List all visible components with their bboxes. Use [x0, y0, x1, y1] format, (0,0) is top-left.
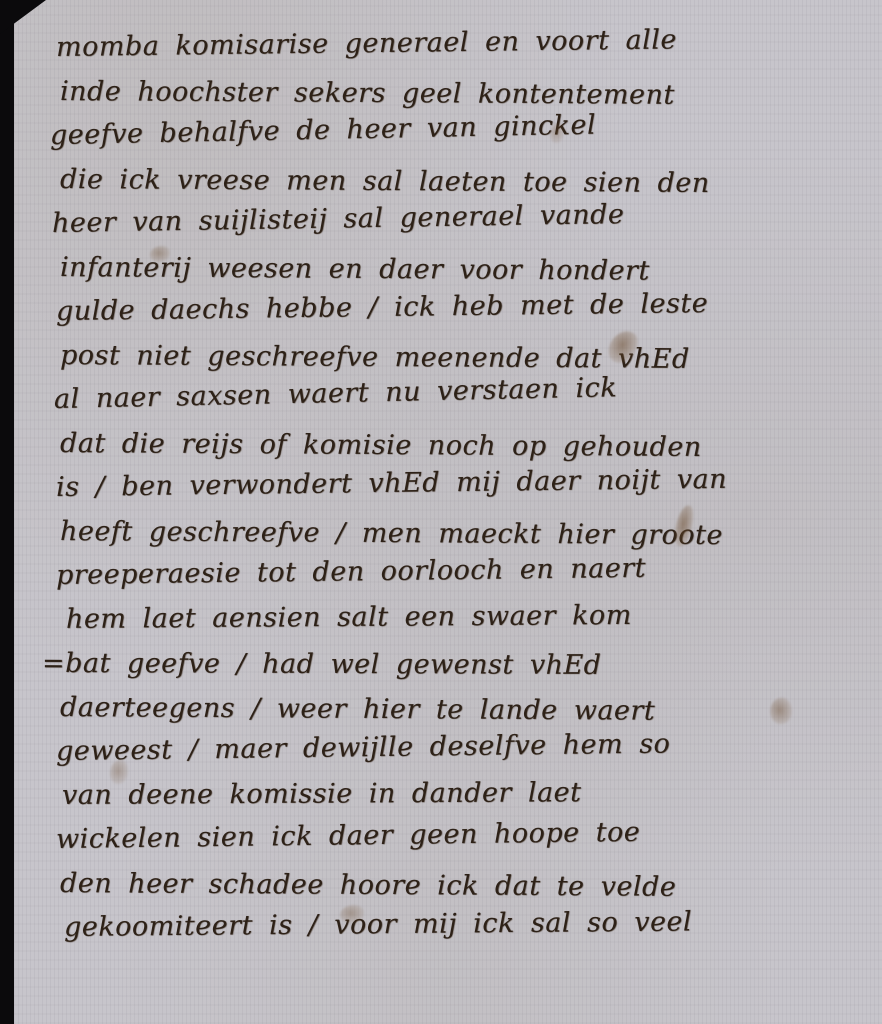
letter-body: momba komisarise generael en voort alle …: [56, 26, 876, 950]
manuscript-line: hem laet aensien salt een swaer kom: [66, 592, 882, 642]
manuscript-line: =bat geefve / had wel gewenst vhEd: [42, 642, 862, 689]
manuscript-line: is / ben verwondert vhEd mij daer noijt …: [56, 456, 876, 510]
manuscript-line: gekoomiteert is / voor mij ick sal so ve…: [64, 899, 882, 950]
manuscript-line: gulde daechs hebbe / ick heb met de lest…: [56, 280, 876, 334]
scan-edge: [0, 0, 14, 1024]
manuscript-line: wickelen sien ick daer geen hoope toe: [56, 808, 876, 862]
letter-page: momba komisarise generael en voort alle …: [10, 0, 882, 1024]
manuscript-scan: momba komisarise generael en voort alle …: [0, 0, 882, 1024]
manuscript-line: geweest / maer dewijlle deselfve hem so: [56, 720, 876, 774]
manuscript-line: preeperaesie tot den oorlooch en naert: [56, 544, 876, 598]
manuscript-line: momba komisarise generael en voort alle: [56, 16, 876, 70]
